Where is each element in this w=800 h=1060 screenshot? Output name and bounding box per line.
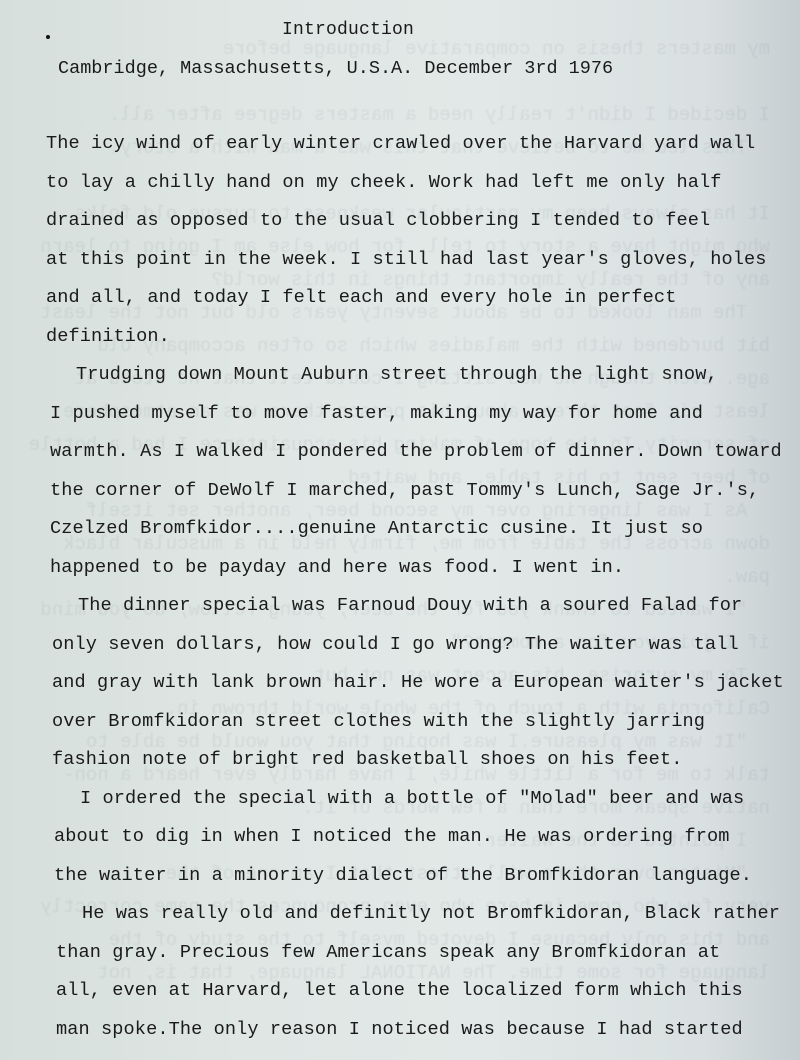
text-line: all, even at Harvard, let alone the loca… bbox=[56, 981, 786, 1020]
text-line: only seven dollars, how could I go wrong… bbox=[52, 635, 786, 674]
text-line: to lay a chilly hand on my cheek. Work h… bbox=[46, 173, 786, 212]
text-line: I pushed myself to move faster, making m… bbox=[50, 404, 786, 443]
text-line: I ordered the special with a bottle of "… bbox=[54, 789, 786, 828]
text-line: than gray. Precious few Americans speak … bbox=[56, 943, 786, 982]
text-line: and all, and today I felt each and every… bbox=[46, 288, 786, 327]
text-line: He was really old and definitly not Brom… bbox=[56, 904, 786, 943]
paragraph: The dinner special was Farnoud Douy with… bbox=[52, 596, 786, 789]
paragraph: He was really old and definitly not Brom… bbox=[56, 904, 786, 1058]
text-line: The icy wind of early winter crawled ove… bbox=[46, 134, 786, 173]
text-line: the corner of DeWolf I marched, past Tom… bbox=[50, 481, 786, 520]
text-line: at this point in the week. I still had l… bbox=[46, 250, 786, 289]
dateline: Cambridge, Massachusetts, U.S.A. Decembe… bbox=[58, 58, 613, 79]
text-line: Czelzed Bromfkidor....genuine Antarctic … bbox=[50, 519, 786, 558]
body-text: The icy wind of early winter crawled ove… bbox=[46, 134, 786, 1058]
text-line: over Bromfkidoran street clothes with th… bbox=[52, 712, 786, 751]
text-line: Trudging down Mount Auburn street throug… bbox=[50, 365, 786, 404]
page-title: Introduction bbox=[282, 20, 414, 40]
text-line: the waiter in a minority dialect of the … bbox=[54, 866, 786, 905]
text-line: drained as opposed to the usual clobberi… bbox=[46, 211, 786, 250]
text-line: definition. bbox=[46, 327, 786, 366]
typewritten-page: my masters thesis on comparative languag… bbox=[0, 0, 800, 1060]
margin-dot-mark bbox=[46, 35, 50, 39]
text-line: and gray with lank brown hair. He wore a… bbox=[52, 673, 786, 712]
paragraph: I ordered the special with a bottle of "… bbox=[54, 789, 786, 905]
paragraph: The icy wind of early winter crawled ove… bbox=[46, 134, 786, 365]
text-line: happened to be payday and here was food.… bbox=[50, 558, 786, 597]
paragraph: Trudging down Mount Auburn street throug… bbox=[50, 365, 786, 596]
text-line: The dinner special was Farnoud Douy with… bbox=[52, 596, 786, 635]
text-line: warmth. As I walked I pondered the probl… bbox=[50, 442, 786, 481]
text-line: about to dig in when I noticed the man. … bbox=[54, 827, 786, 866]
text-line: fashion note of bright red basketball sh… bbox=[52, 750, 786, 789]
text-line: man spoke.The only reason I noticed was … bbox=[56, 1020, 786, 1059]
